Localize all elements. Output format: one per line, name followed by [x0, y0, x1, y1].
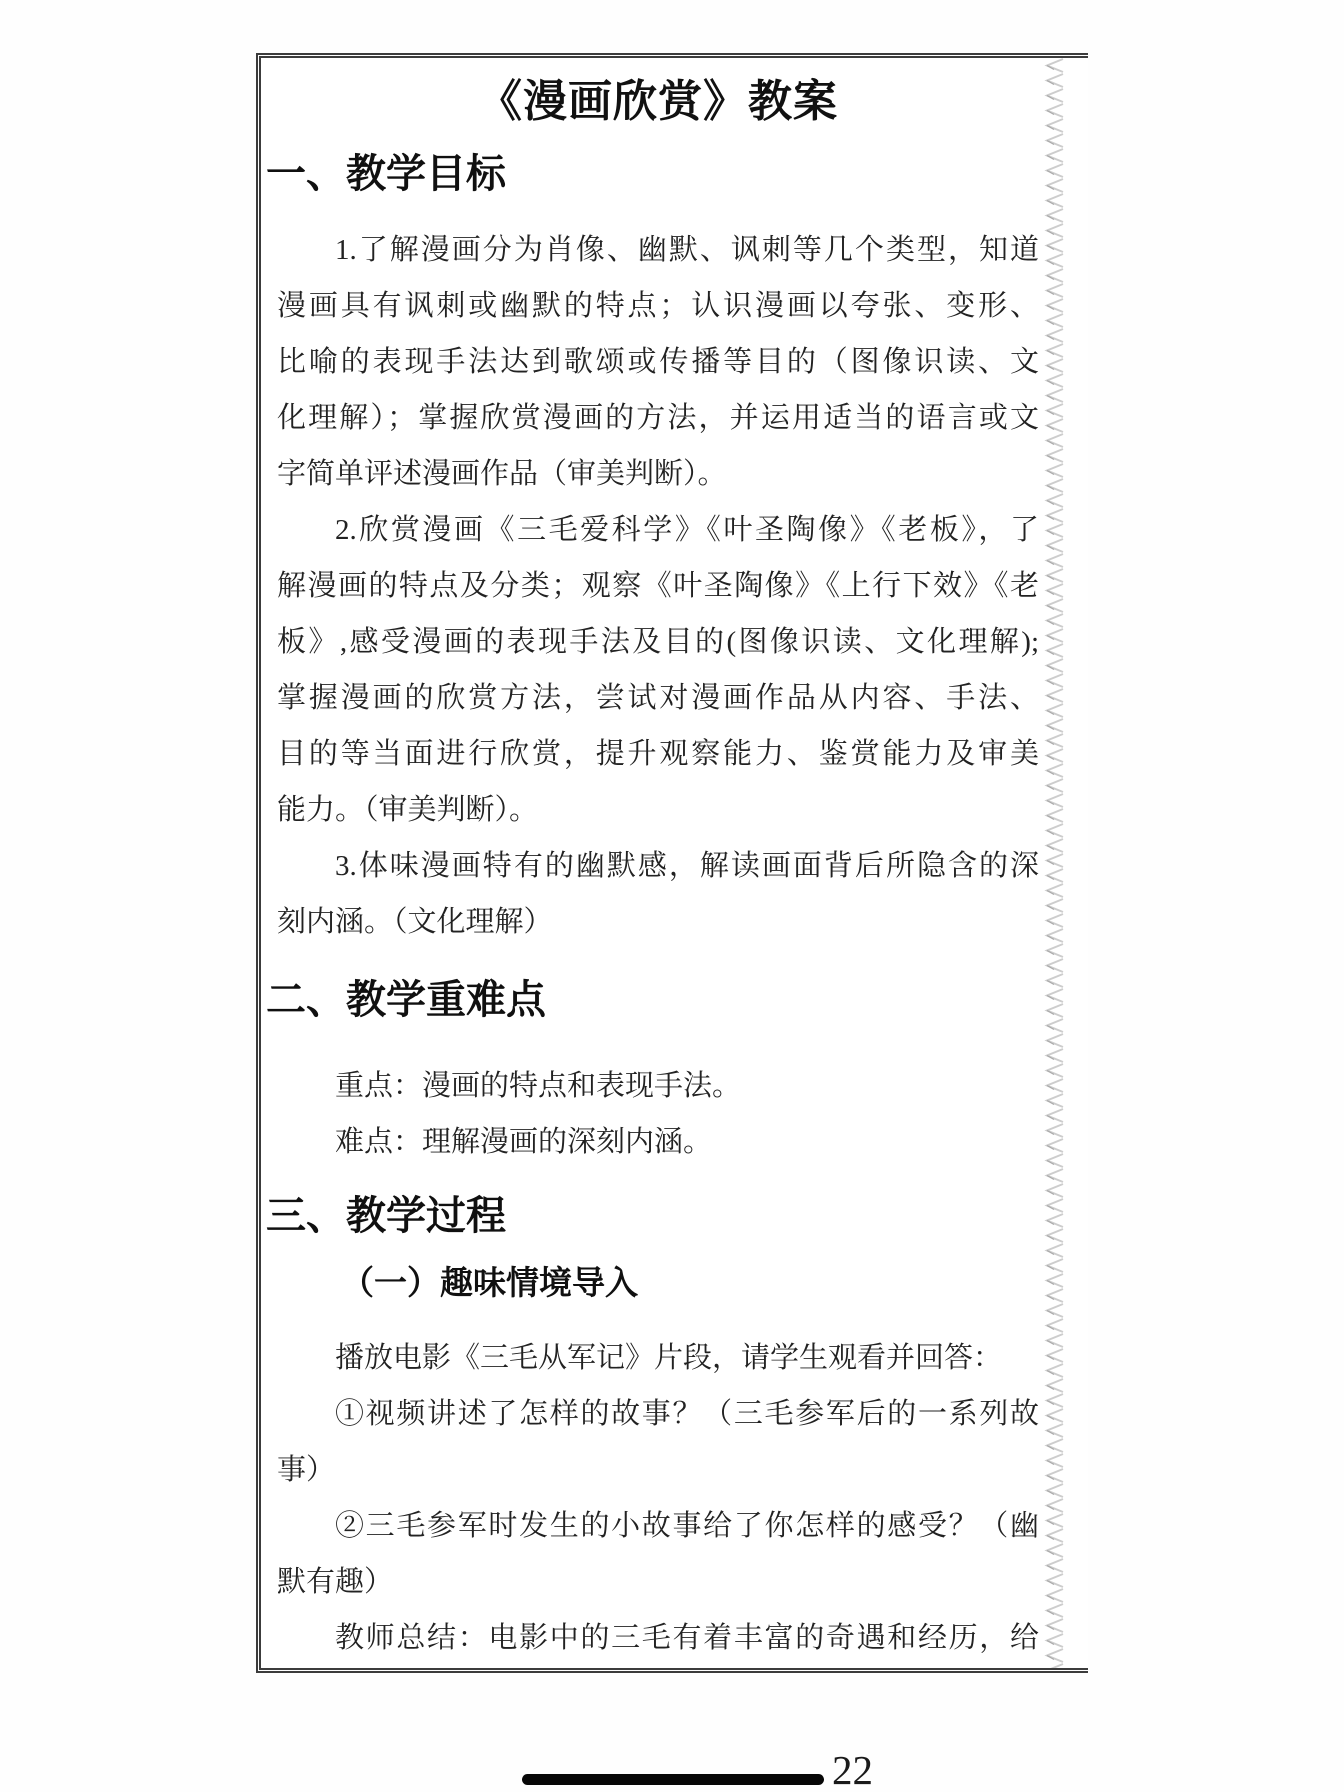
- process-paragraphs: 播放电影《三毛从军记》片段，请学生观看并回答： ①视频讲述了怎样的故事？（三毛参…: [277, 1330, 1039, 1666]
- zigzag-pattern-svg: [1040, 58, 1066, 1668]
- section-heading-key-points: 二、教学重难点: [266, 976, 1028, 1024]
- document-title: 《漫画欣赏》教案: [277, 76, 1039, 128]
- section-heading-objectives: 一、教学目标: [266, 150, 1028, 198]
- text-line: 1.了解漫画分为肖像、幽默、讽刺等几个类型，知道: [277, 222, 1039, 278]
- document-page: 《漫画欣赏》教案 一、教学目标 1.了解漫画分为肖像、幽默、讽刺等几个类型，知道…: [0, 0, 1344, 1792]
- text-line: ①视频讲述了怎样的故事？（三毛参军后的一系列故: [277, 1386, 1039, 1442]
- page-number: 22: [832, 1748, 873, 1792]
- text-line: 解漫画的特点及分类；观察《叶圣陶像》《上行下效》《老: [277, 558, 1039, 614]
- text-line: ②三毛参军时发生的小故事给了你怎样的感受？（幽: [277, 1498, 1039, 1554]
- section-heading-process: 三、教学过程: [266, 1192, 1028, 1240]
- text-line: 播放电影《三毛从军记》片段，请学生观看并回答：: [277, 1330, 1039, 1386]
- text-line: 2.欣赏漫画《三毛爱科学》《叶圣陶像》《老板》，了: [277, 502, 1039, 558]
- subsection-heading-intro: （一）趣味情境导入: [277, 1262, 1039, 1304]
- text-line: 刻内涵。（文化理解）: [277, 894, 1039, 950]
- text-line: 比喻的表现手法达到歌颂或传播等目的（图像识读、文: [277, 334, 1039, 390]
- text-line: 漫画具有讽刺或幽默的特点；认识漫画以夸张、变形、: [277, 278, 1039, 334]
- text-line: 字简单评述漫画作品（审美判断）。: [277, 446, 1039, 502]
- text-line: 事）: [277, 1442, 1039, 1498]
- text-line: 掌握漫画的欣赏方法，尝试对漫画作品从内容、手法、: [277, 670, 1039, 726]
- text-line: 难点：理解漫画的深刻内涵。: [277, 1114, 1039, 1170]
- text-line: 教师总结：电影中的三毛有着丰富的奇遇和经历，给: [277, 1610, 1039, 1666]
- key-points-paragraphs: 重点：漫画的特点和表现手法。 难点：理解漫画的深刻内涵。: [277, 1058, 1039, 1170]
- footer-rule: [522, 1774, 824, 1785]
- objectives-paragraphs: 1.了解漫画分为肖像、幽默、讽刺等几个类型，知道 漫画具有讽刺或幽默的特点；认识…: [277, 222, 1039, 950]
- text-line: 重点：漫画的特点和表现手法。: [277, 1058, 1039, 1114]
- text-line: 化理解）；掌握欣赏漫画的方法，并运用适当的语言或文: [277, 390, 1039, 446]
- text-line: 板》,感受漫画的表现手法及目的(图像识读、文化理解);: [277, 614, 1039, 670]
- text-line: 3.体味漫画特有的幽默感，解读画面背后所隐含的深: [277, 838, 1039, 894]
- torn-edge-decoration: [1040, 58, 1066, 1668]
- text-line: 默有趣）: [277, 1554, 1039, 1610]
- text-line: 目的等当面进行欣赏，提升观察能力、鉴赏能力及审美: [277, 726, 1039, 782]
- text-line: 能力。（审美判断）。: [277, 782, 1039, 838]
